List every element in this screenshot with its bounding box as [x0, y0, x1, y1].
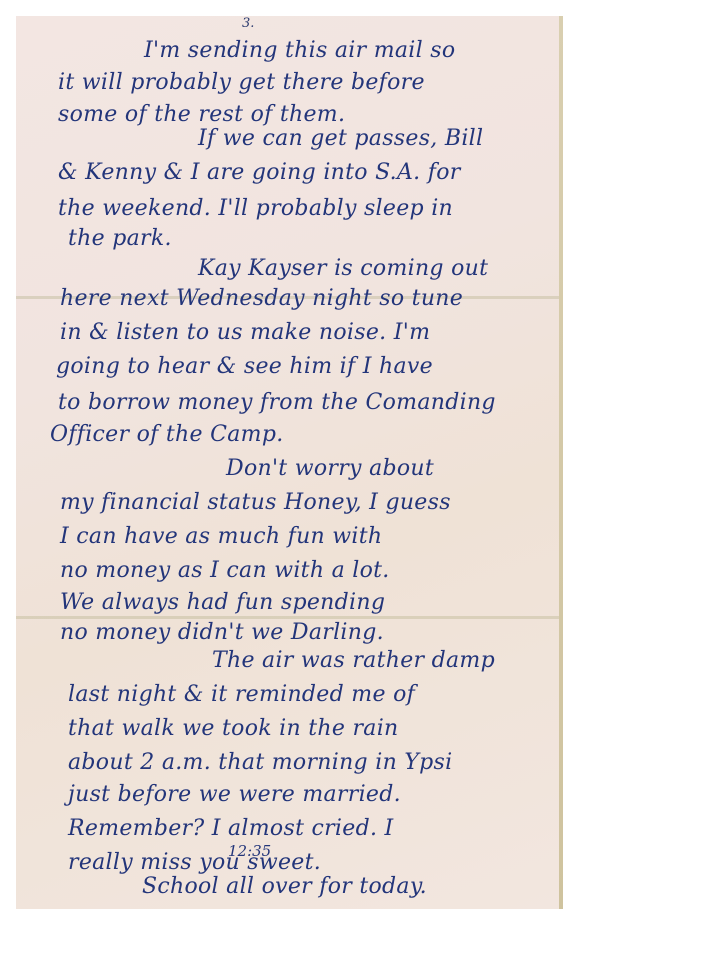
letter-line: The air was rather damp [212, 648, 495, 673]
letter-line: some of the rest of them. [58, 102, 345, 127]
letter-line: it will probably get there before [58, 70, 425, 95]
letter-line: Kay Kayser is coming out [198, 256, 488, 281]
letter-line: Officer of the Camp. [50, 422, 284, 447]
letter-line: the park. [68, 226, 172, 251]
letter-line: about 2 a.m. that morning in Ypsi [68, 750, 452, 775]
letter-line: last night & it reminded me of [68, 682, 415, 707]
letter-line: in & listen to us make noise. I'm [60, 320, 430, 345]
letter-line: here next Wednesday night so tune [60, 286, 463, 311]
letter-line: Don't worry about [226, 456, 434, 481]
letter-line: We always had fun spending [60, 590, 385, 615]
letter-line: no money didn't we Darling. [60, 620, 384, 645]
letter-line: Remember? I almost cried. I [68, 816, 394, 841]
paper-fold-line [16, 616, 563, 619]
letter-line: that walk we took in the rain [68, 716, 399, 741]
letter-line: If we can get passes, Bill [198, 126, 483, 151]
letter-line: no money as I can with a lot. [60, 558, 390, 583]
letter-line: & Kenny & I are going into S.A. for [58, 160, 461, 185]
letter-line: I'm sending this air mail so [144, 38, 455, 63]
letter-line: I can have as much fun with [60, 524, 382, 549]
letter-line: going to hear & see him if I have [56, 354, 433, 379]
letter-page: 3. I'm sending this air mail so it will … [16, 16, 563, 909]
letter-line: School all over for today. [142, 874, 427, 899]
letter-line: really miss you sweet. [68, 850, 321, 875]
letter-line: just before we were married. [68, 782, 401, 807]
time-note: 12:35 [228, 842, 271, 860]
letter-line: my financial status Honey, I guess [60, 490, 451, 515]
letter-line: the weekend. I'll probably sleep in [58, 196, 453, 221]
page-number: 3. [242, 16, 254, 31]
letter-line: to borrow money from the Comanding [58, 390, 496, 415]
